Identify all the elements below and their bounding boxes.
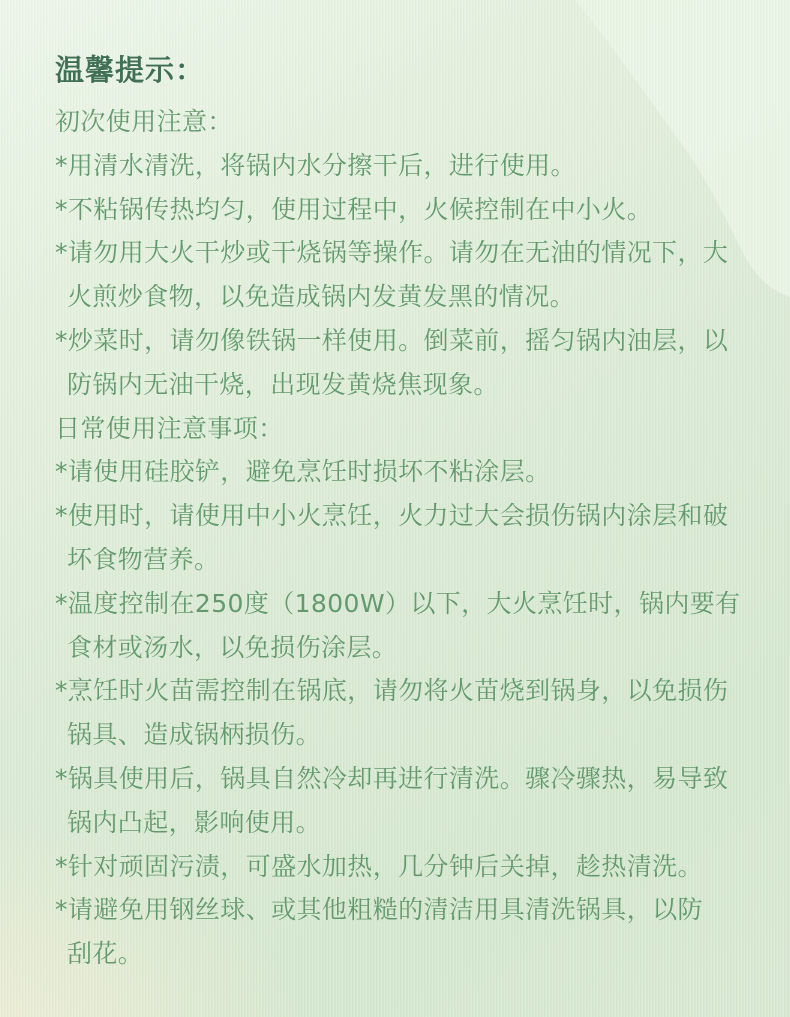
- notice-line-continuation: 锅内凸起，影响使用。: [55, 801, 760, 845]
- notice-line: *锅具使用后，锅具自然冷却再进行清洗。骤冷骤热，易导致: [55, 757, 760, 801]
- notice-subheading-daily-use: 日常使用注意事项：: [55, 407, 760, 451]
- notice-line: *请勿用大火干炒或干烧锅等操作。请勿在无油的情况下，大: [55, 231, 760, 275]
- notice-line: *烹饪时火苗需控制在锅底，请勿将火苗烧到锅身，以免损伤: [55, 669, 760, 713]
- notice-line-continuation: 锅具、造成锅柄损伤。: [55, 713, 760, 757]
- care-instructions-page: 温馨提示： 初次使用注意： *用清水清洗，将锅内水分擦干后，进行使用。 *不粘锅…: [0, 0, 790, 1017]
- page-title: 温馨提示：: [55, 52, 760, 88]
- notice-line: *使用时，请使用中小火烹饪，火力过大会损伤锅内涂层和破: [55, 494, 760, 538]
- notice-line: *请避免用钢丝球、或其他粗糙的清洁用具清洗锅具，以防: [55, 888, 760, 932]
- notice-line: *不粘锅传热均匀，使用过程中，火候控制在中小火。: [55, 188, 760, 232]
- notice-line: *温度控制在250度（1800W）以下，大火烹饪时，锅内要有: [55, 582, 760, 626]
- notice-content: 温馨提示： 初次使用注意： *用清水清洗，将锅内水分擦干后，进行使用。 *不粘锅…: [55, 52, 760, 976]
- notice-line-continuation: 坏食物营养。: [55, 538, 760, 582]
- notice-line-continuation: 食材或汤水，以免损伤涂层。: [55, 626, 760, 670]
- notice-line-continuation: 刮花。: [55, 932, 760, 976]
- notice-line-continuation: 火煎炒食物，以免造成锅内发黄发黑的情况。: [55, 275, 760, 319]
- notice-line: *炒菜时，请勿像铁锅一样使用。倒菜前，摇匀锅内油层，以: [55, 319, 760, 363]
- notice-line: *针对顽固污渍，可盛水加热，几分钟后关掉，趁热清洗。: [55, 845, 760, 889]
- notice-line: *请使用硅胶铲，避免烹饪时损坏不粘涂层。: [55, 450, 760, 494]
- notice-line-continuation: 防锅内无油干烧，出现发黄烧焦现象。: [55, 363, 760, 407]
- notice-subheading-first-use: 初次使用注意：: [55, 100, 760, 144]
- notice-line: *用清水清洗，将锅内水分擦干后，进行使用。: [55, 144, 760, 188]
- notice-lines: 初次使用注意： *用清水清洗，将锅内水分擦干后，进行使用。 *不粘锅传热均匀，使…: [55, 100, 760, 976]
